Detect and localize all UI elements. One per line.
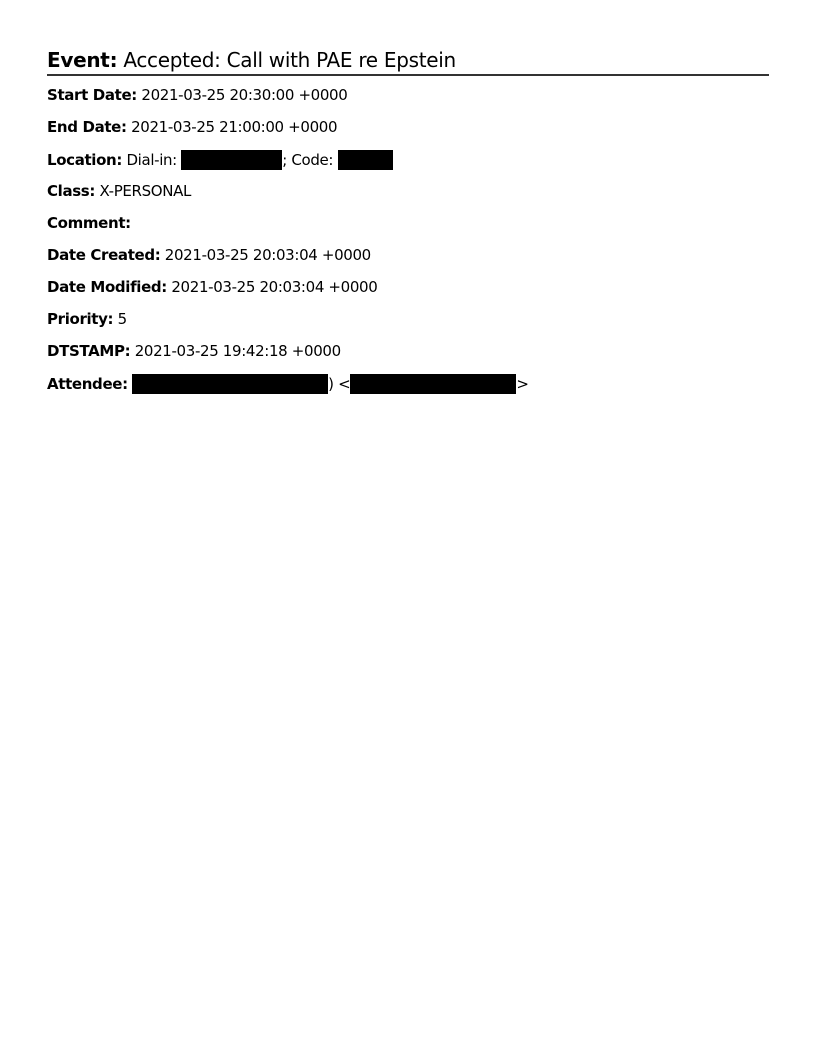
redaction-attendee-name [132,374,328,394]
end-date-value: 2021-03-25 21:00:00 +0000 [131,118,337,136]
field-class: Class: X-PERSONAL [47,182,769,214]
field-location: Location: Dial-in: ; Code: [47,150,769,182]
date-modified-label: Date Modified: [47,278,167,296]
attendee-email-close: > [516,375,528,393]
field-comment: Comment: [47,214,769,246]
start-date-label: Start Date: [47,86,137,104]
location-label: Location: [47,151,122,169]
dtstamp-value: 2021-03-25 19:42:18 +0000 [135,342,341,360]
attendee-label: Attendee: [47,375,128,393]
priority-label: Priority: [47,310,113,328]
date-modified-value: 2021-03-25 20:03:04 +0000 [171,278,377,296]
attendee-paren-close: ) [328,375,334,393]
date-created-label: Date Created: [47,246,160,264]
priority-value: 5 [118,310,127,328]
field-dtstamp: DTSTAMP: 2021-03-25 19:42:18 +0000 [47,342,769,374]
redaction-dial-in [181,150,282,170]
attendee-email-open: < [338,375,350,393]
field-date-created: Date Created: 2021-03-25 20:03:04 +0000 [47,246,769,278]
redaction-code [338,150,393,170]
field-date-modified: Date Modified: 2021-03-25 20:03:04 +0000 [47,278,769,310]
class-value: X-PERSONAL [99,182,191,200]
comment-label: Comment: [47,214,131,232]
dtstamp-label: DTSTAMP: [47,342,130,360]
location-code-separator: ; Code: [282,151,333,169]
location-dial-in-prefix: Dial-in: [126,151,176,169]
class-label: Class: [47,182,95,200]
field-attendee: Attendee: ) <> [47,374,769,406]
date-created-value: 2021-03-25 20:03:04 +0000 [165,246,371,264]
event-label: Event: [47,48,117,72]
redaction-attendee-email [350,374,516,394]
event-title: Event: Accepted: Call with PAE re Epstei… [47,46,769,76]
start-date-value: 2021-03-25 20:30:00 +0000 [141,86,347,104]
field-end-date: End Date: 2021-03-25 21:00:00 +0000 [47,118,769,150]
event-title-text: Accepted: Call with PAE re Epstein [123,48,456,72]
field-start-date: Start Date: 2021-03-25 20:30:00 +0000 [47,86,769,118]
end-date-label: End Date: [47,118,127,136]
field-priority: Priority: 5 [47,310,769,342]
event-fields: Start Date: 2021-03-25 20:30:00 +0000 En… [47,86,769,406]
event-document: Event: Accepted: Call with PAE re Epstei… [47,46,769,406]
